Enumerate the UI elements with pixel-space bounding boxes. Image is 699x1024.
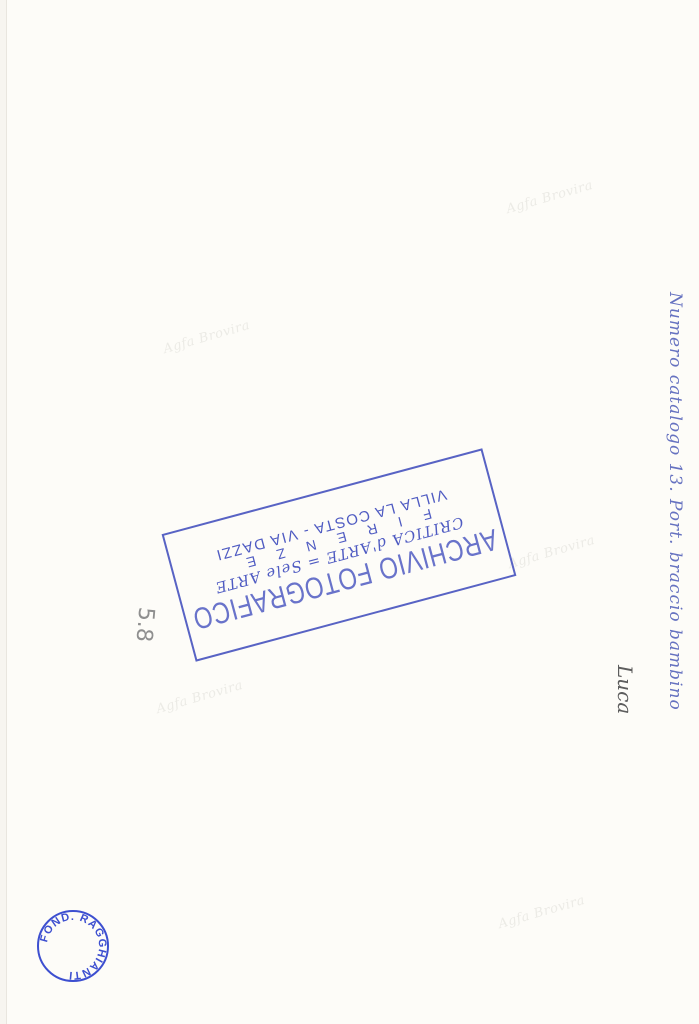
paper-watermark: Agfa Brovira [155,678,245,717]
fondazione-ragghianti-stamp-icon: FOND. RAGGHIANTI [35,908,111,984]
handwritten-signature: Luca [613,665,637,714]
paper-watermark: Agfa Brovira [507,533,597,572]
photo-back-paper: Agfa Brovira Agfa Brovira Agfa Brovira A… [6,0,699,1024]
pencil-mark: 5.8 [131,606,159,643]
archive-stamp: ARCHIVIO FOTOGRAFICO CRITICA d'ARTE = Se… [162,448,517,661]
paper-watermark: Agfa Brovira [162,318,252,357]
round-stamp: FOND. RAGGHIANTI [35,908,111,984]
paper-watermark: Agfa Brovira [505,178,595,217]
handwritten-catalog-note: Numero catalogo 13. Port. braccio bambin… [665,292,685,711]
paper-watermark: Agfa Brovira [497,893,587,932]
